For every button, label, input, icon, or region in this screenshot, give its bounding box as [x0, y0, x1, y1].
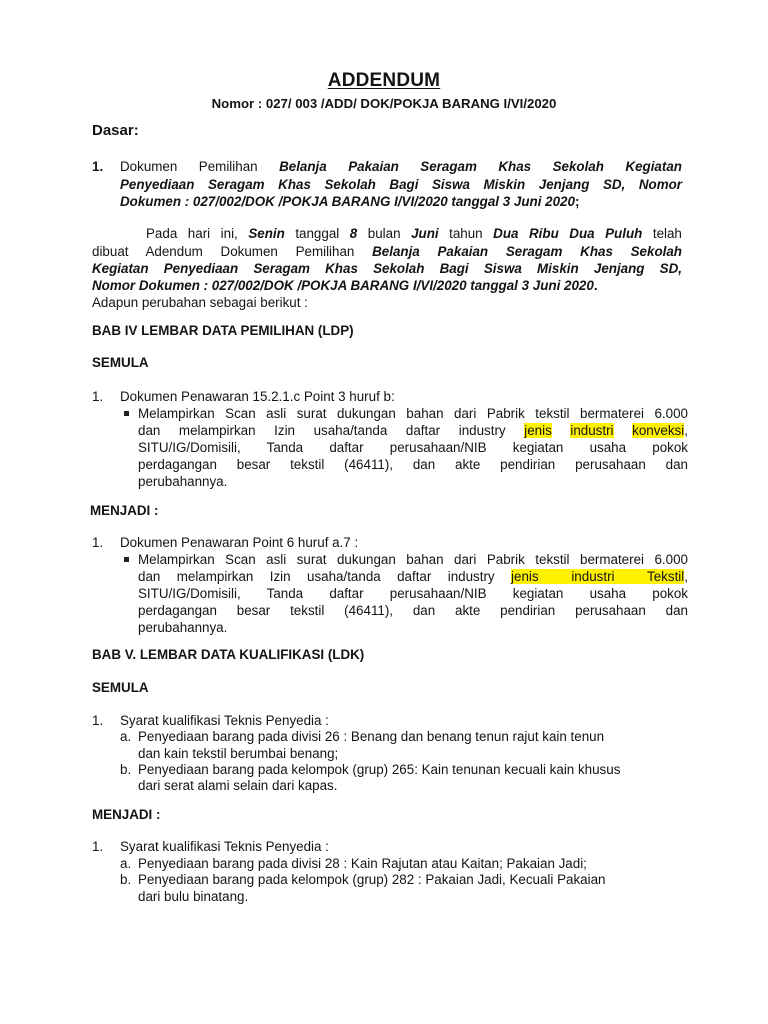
bab4-semula-label: SEMULA [92, 354, 149, 372]
dasar-item-doc-ref: Dokumen : 027/002/DOK /POKJA BARANG I/VI… [120, 194, 575, 209]
bab4-menjadi-label: MENJADI : [90, 502, 158, 520]
intro-line3: Kegiatan Penyediaan Seragam Khas Sekolah… [92, 260, 682, 278]
bab5-menjadi-item-number: 1. [92, 838, 103, 856]
bab5-semula-sub-a-line1: Penyediaan barang pada divisi 26 : Benan… [138, 728, 604, 746]
intro-day: Senin [248, 226, 284, 241]
document-number: Nomor : 027/ 003 /ADD/ DOK/POKJA BARANG … [0, 96, 768, 111]
dasar-item-prefix: Dokumen Pemilihan [120, 159, 258, 174]
intro-year: Dua Ribu Dua Puluh [493, 226, 642, 241]
bab4-menjadi-item-number: 1. [92, 534, 103, 552]
dasar-item-number: 1. [92, 158, 103, 176]
highlight-jenis: jenis [524, 423, 552, 438]
bab4-semula-bullet-line4: perdagangan besar tekstil (46411), dan a… [138, 456, 688, 474]
bab4-menjadi-bullet-line2: dan melampirkan Izin usaha/tanda daftar … [138, 568, 688, 586]
bab4-menjadi-bullet-line3: SITU/IG/Domisili, Tanda daftar perusahaa… [138, 585, 688, 603]
bab4-menjadi-bullet-line1: Melampirkan Scan asli surat dukungan bah… [138, 551, 688, 569]
bab4-menjadi-bullet-line5: perubahannya. [138, 619, 227, 637]
bab4-semula-bullet-line3: SITU/IG/Domisili, Tanda daftar perusahaa… [138, 439, 688, 457]
dasar-item-line3: Dokumen : 027/002/DOK /POKJA BARANG I/VI… [120, 193, 579, 211]
bab4-semula-bullet-line5: perubahannya. [138, 473, 227, 491]
bullet-icon [124, 411, 129, 416]
intro-date: 8 [350, 226, 357, 241]
bab5-menjadi-label: MENJADI : [92, 806, 160, 824]
highlight-konveksi: konveksi [632, 423, 684, 438]
bab5-semula-label: SEMULA [92, 679, 149, 697]
bab4-semula-bullet-line1: Melampirkan Scan asli surat dukungan bah… [138, 405, 688, 423]
bab4-semula-bullet-line2: dan melampirkan Izin usaha/tanda daftar … [138, 422, 688, 440]
bab4-menjadi-bullet-line4: perdagangan besar tekstil (46411), dan a… [138, 602, 688, 620]
bab4-heading: BAB IV LEMBAR DATA PEMILIHAN (LDP) [92, 322, 354, 340]
document-title: ADDENDUM [0, 70, 768, 92]
bullet-icon [124, 557, 129, 562]
dasar-item-line2: Penyediaan Seragam Khas Sekolah Bagi Sis… [120, 176, 682, 194]
intro-line2: dibuat Adendum Dokumen Pemilihan Belanja… [92, 243, 682, 261]
bab4-semula-item-text: Dokumen Penawaran 15.2.1.c Point 3 huruf… [120, 388, 395, 406]
dasar-item-title-part1: Belanja Pakaian Seragam Khas Sekolah Keg… [279, 159, 682, 174]
intro-line4: Nomor Dokumen : 027/002/DOK /POKJA BARAN… [92, 277, 598, 295]
bab5-semula-sub-a-letter: a. [120, 728, 131, 746]
intro-line1: Pada hari ini, Senin tanggal 8 bulan Jun… [146, 225, 682, 243]
highlight-industri: industri [570, 423, 613, 438]
bab5-semula-sub-b-line2: dari serat alami selain dari kapas. [138, 777, 337, 795]
bab5-menjadi-sub-b-letter: b. [120, 871, 131, 889]
bab5-menjadi-item-text: Syarat kualifikasi Teknis Penyedia : [120, 838, 329, 856]
dasar-label: Dasar: [92, 122, 139, 139]
bab4-menjadi-item-text: Dokumen Penawaran Point 6 huruf a.7 : [120, 534, 358, 552]
bab5-menjadi-sub-b-line1: Penyediaan barang pada kelompok (grup) 2… [138, 871, 606, 889]
bab5-menjadi-sub-b-line2: dari bulu binatang. [138, 888, 248, 906]
intro-month: Juni [411, 226, 439, 241]
document-page: ADDENDUM Nomor : 027/ 003 /ADD/ DOK/POKJ… [0, 0, 768, 1024]
bab5-semula-sub-b-letter: b. [120, 761, 131, 779]
bab5-heading: BAB V. LEMBAR DATA KUALIFIKASI (LDK) [92, 646, 364, 664]
bab4-semula-item-number: 1. [92, 388, 103, 406]
highlight-jenis-industri-tekstil: jenis industri Tekstil [511, 569, 684, 584]
intro-line5: Adapun perubahan sebagai berikut : [92, 294, 308, 312]
bab5-semula-item-number: 1. [92, 712, 103, 730]
dasar-item-line1: Dokumen Pemilihan Belanja Pakaian Seraga… [120, 158, 682, 176]
